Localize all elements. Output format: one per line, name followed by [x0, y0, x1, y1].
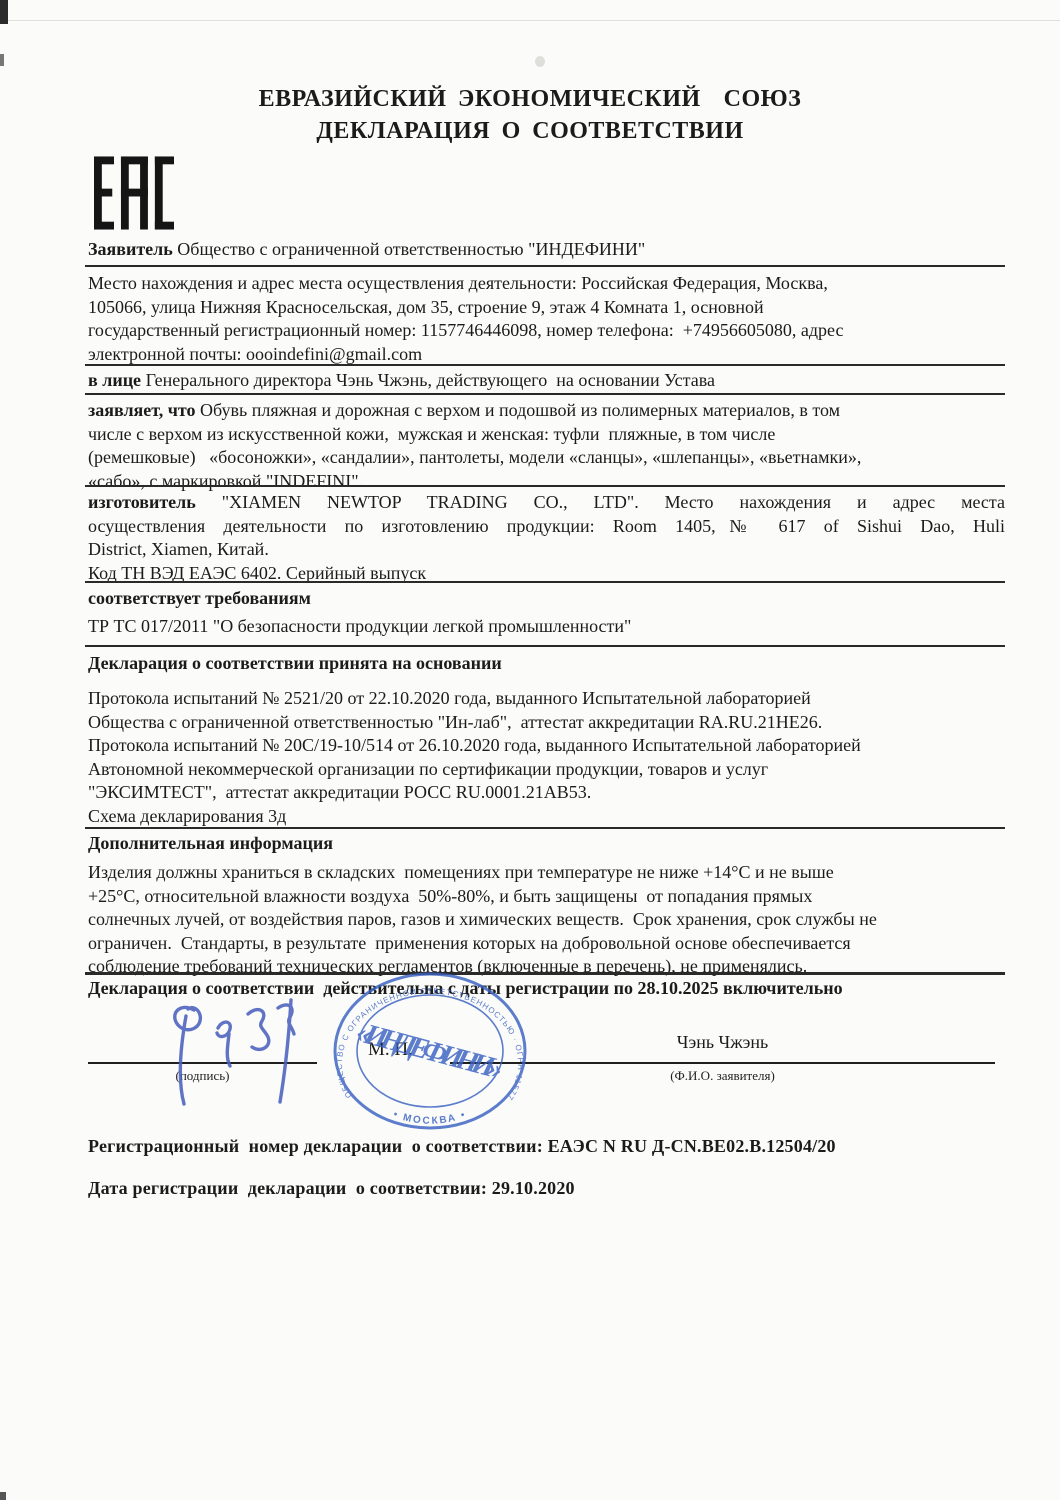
registration-date: Дата регистрации декларации о соответств… [88, 1178, 575, 1199]
basis-line: Автономной некоммерческой организации по… [88, 758, 861, 782]
additional-line: Изделия должны храниться в складских пом… [88, 861, 877, 885]
additional-line: ограничен. Стандарты, в результате приме… [88, 932, 877, 956]
basis-header: Декларация о соответствии принята на осн… [88, 653, 502, 674]
basis-paragraph: Протокола испытаний № 2521/20 от 22.10.2… [88, 687, 861, 828]
applicant-row: Заявитель Общество с ограниченной ответс… [88, 238, 645, 262]
declares-label: заявляет, что [88, 400, 196, 420]
divider [85, 393, 1005, 395]
manufacturer-line: District, Xiamen, Китай. [88, 538, 1005, 562]
address-line: Место нахождения и адрес места осуществл… [88, 272, 843, 296]
applicant-fio: Чэнь Чжэнь [450, 1031, 995, 1055]
scan-artifact-smudge [535, 56, 545, 67]
manufacturer-label: изготовитель [88, 492, 196, 512]
divider [85, 827, 1005, 829]
fio-line [450, 1062, 995, 1064]
scan-artifact-corner [0, 0, 8, 24]
additional-line: солнечных лучей, от воздействия паров, г… [88, 908, 877, 932]
registration-number: Регистрационный номер декларации о соотв… [88, 1136, 836, 1157]
complies-header: соответствует требованиям [88, 588, 311, 609]
stamp-center-text: «ИНДЕФИНИ» [353, 1016, 506, 1086]
in-person-label: в лице [88, 370, 141, 390]
declares-line: заявляет, что Обувь пляжная и дорожная с… [88, 399, 861, 423]
additional-line: +25°С, относительной влажности воздуха 5… [88, 885, 877, 909]
declares-line: числе с верхом из искусственной кожи, му… [88, 423, 861, 447]
scan-artifact-topline [0, 20, 1060, 21]
address-line: электронной почты: oooindefini@gmail.com [88, 343, 843, 367]
basis-line: Протокола испытаний № 20С/19-10/514 от 2… [88, 734, 861, 758]
address-line: 105066, улица Нижняя Красносельская, дом… [88, 296, 843, 320]
fio-caption: (Ф.И.О. заявителя) [560, 1068, 885, 1084]
basis-line: "ЭКСИМТЕСТ", аттестат аккредитации РОСС … [88, 781, 861, 805]
divider [85, 581, 1005, 583]
address-paragraph: Место нахождения и адрес места осуществл… [88, 272, 843, 366]
declaration-document: ЕВРАЗИЙСКИЙ ЭКОНОМИЧЕСКИЙ СОЮЗ ДЕКЛАРАЦИ… [0, 0, 1060, 1500]
basis-line: Общества с ограниченной ответственностью… [88, 711, 861, 735]
applicant-label: Заявитель [88, 239, 173, 259]
additional-paragraph: Изделия должны храниться в складских пом… [88, 861, 877, 979]
company-stamp: ОБЩЕСТВО С ОГРАНИЧЕННОЙ ОТВЕТСТВЕННОСТЬЮ… [330, 968, 530, 1134]
page-title: ЕВРАЗИЙСКИЙ ЭКОНОМИЧЕСКИЙ СОЮЗ [0, 86, 1060, 113]
address-line: государственный регистрационный номер: 1… [88, 319, 843, 343]
in-person-value: Генерального директора Чэнь Чжэнь, дейст… [141, 370, 715, 390]
divider [85, 972, 1005, 975]
page-subtitle: ДЕКЛАРАЦИЯ О СООТВЕТСТВИИ [0, 118, 1060, 145]
eac-mark-icon [94, 151, 174, 235]
manufacturer-paragraph: изготовитель "XIAMEN NEWTOP TRADING CO.,… [88, 491, 1005, 585]
divider [85, 364, 1005, 366]
complies-text: ТР ТС 017/2011 "О безопасности продукции… [88, 615, 631, 639]
applicant-value: Общество с ограниченной ответственностью… [173, 239, 646, 259]
in-person-row: в лице Генерального директора Чэнь Чжэнь… [88, 369, 715, 393]
divider [85, 645, 1005, 647]
manufacturer-line: осуществления деятельности по изготовлен… [88, 515, 1005, 539]
basis-line: Схема декларирования 3д [88, 805, 861, 829]
manufacturer-line: изготовитель "XIAMEN NEWTOP TRADING CO.,… [88, 491, 1005, 515]
divider [85, 265, 1005, 267]
divider [85, 485, 1005, 487]
declares-line: (ремешковые) «босоножки», «сандалии», па… [88, 446, 861, 470]
additional-header: Дополнительная информация [88, 833, 333, 854]
handwritten-signature [150, 992, 300, 1110]
scan-artifact-bottom [0, 1492, 6, 1500]
declares-paragraph: заявляет, что Обувь пляжная и дорожная с… [88, 399, 861, 493]
basis-line: Протокола испытаний № 2521/20 от 22.10.2… [88, 687, 861, 711]
declares-line: «сабо», с маркировкой "INDEFINI". [88, 470, 861, 494]
scan-artifact-edge [0, 54, 4, 66]
